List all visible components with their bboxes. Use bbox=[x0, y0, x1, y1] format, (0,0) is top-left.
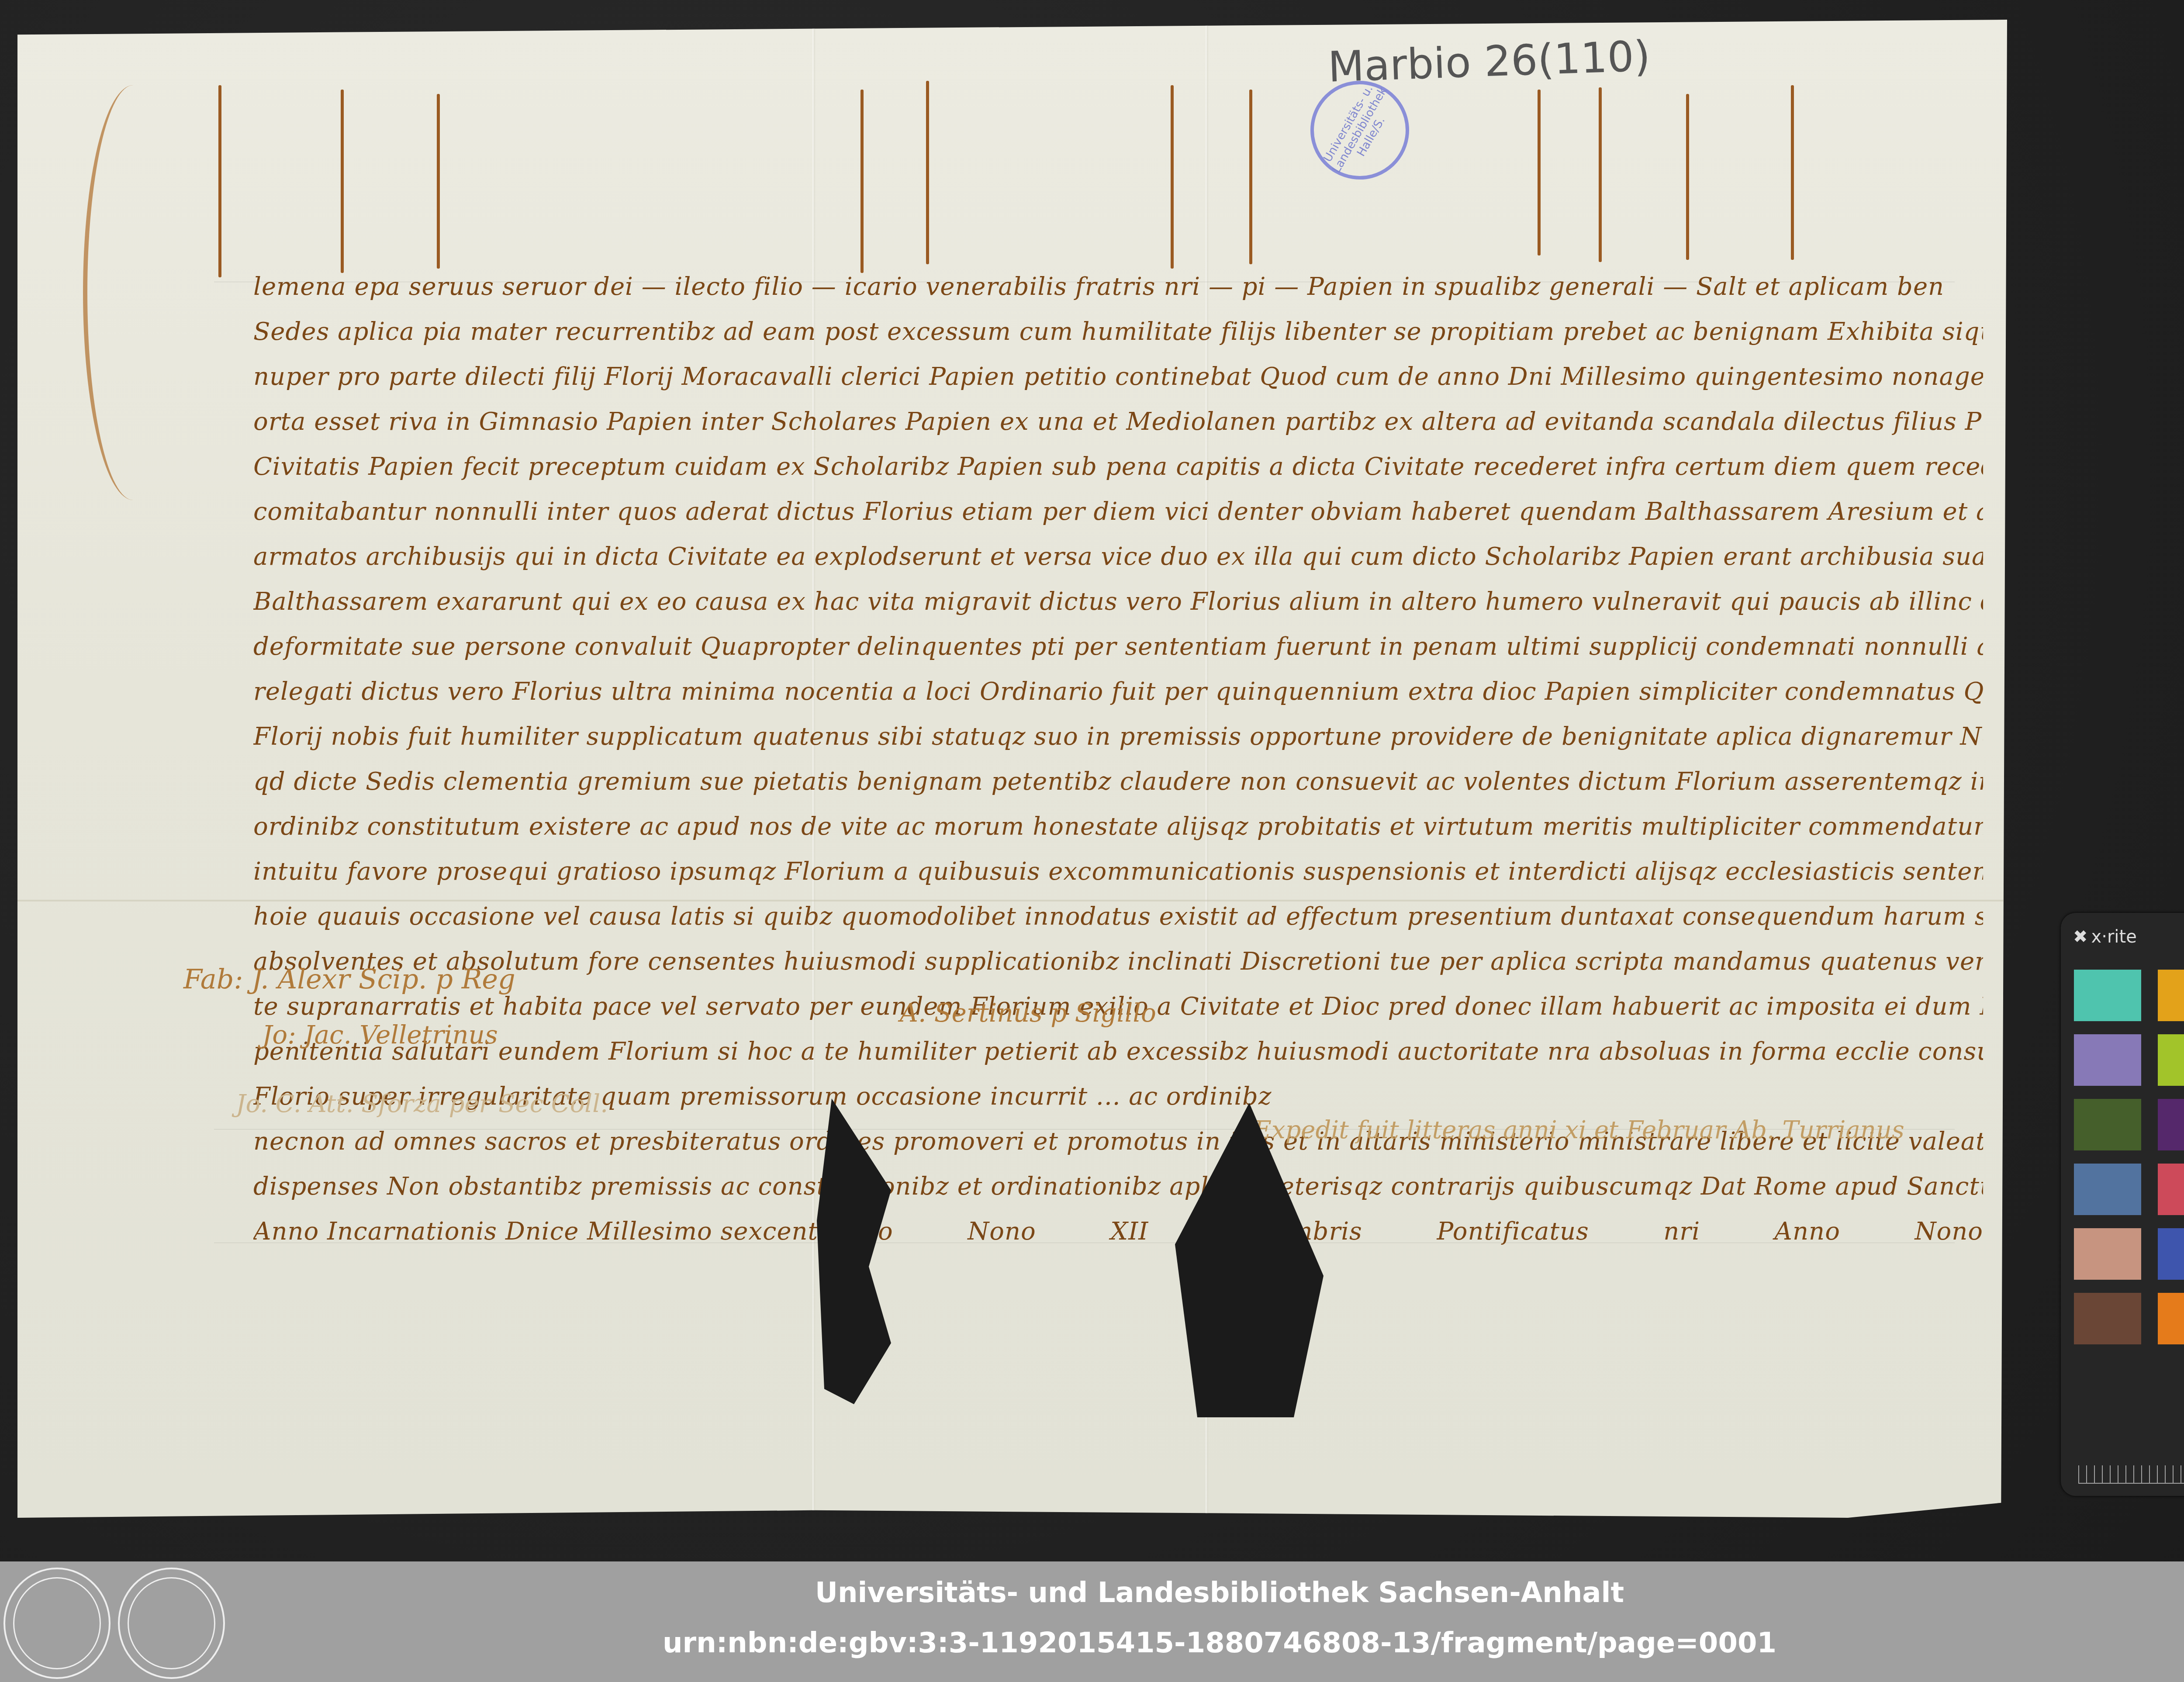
footer-bar: Universitäts- und Landesbibliothek Sachs… bbox=[0, 1561, 2184, 1682]
text-line: hoie quauis occasione vel causa latis si… bbox=[253, 894, 1983, 939]
text-line: ordinibz constitutum existere ac apud no… bbox=[253, 804, 1983, 849]
colorchecker-card: ✖ x·rite colorchecker CLASSIC mm bbox=[2061, 913, 2184, 1496]
text-line: dispenses Non obstantibz premissis ac co… bbox=[253, 1164, 1983, 1209]
date-part: Anno Incarnationis Dnice Millesimo sexce… bbox=[253, 1209, 893, 1254]
color-patch bbox=[2158, 970, 2184, 1021]
color-patch bbox=[2158, 1034, 2184, 1086]
text-line: nuper pro parte dilecti filij Florij Mor… bbox=[253, 354, 1983, 399]
color-patch bbox=[2158, 1099, 2184, 1150]
text-line: Sedes aplica pia mater recurrentibz ad e… bbox=[253, 309, 1983, 354]
text-line: relegati dictus vero Florius ultra minim… bbox=[253, 669, 1983, 714]
color-patch bbox=[2074, 970, 2141, 1021]
xrite-logo: ✖ x·rite bbox=[2073, 927, 2137, 947]
manuscript-parchment: Marbio 26(110) Universitäts- u. Landesbi… bbox=[17, 20, 2007, 1518]
text-line: armatos archibusijs qui in dicta Civitat… bbox=[253, 534, 1983, 579]
signature-right: Expedit fuit litteras anni xi et Februar… bbox=[1254, 1116, 1904, 1144]
institution-name: Universitäts- und Landesbibliothek Sachs… bbox=[0, 1577, 2184, 1609]
signature-center: A. Sertinus p Sigillo bbox=[900, 998, 1156, 1028]
color-patch bbox=[2074, 1164, 2141, 1215]
mm-ruler bbox=[2078, 1465, 2184, 1484]
text-line: Balthassarem exararunt qui ex eo causa e… bbox=[253, 579, 1983, 624]
dating-clause: Anno Incarnationis Dnice Millesimo sexce… bbox=[253, 1209, 1983, 1254]
color-patch bbox=[2074, 1293, 2141, 1344]
text-line: comitabantur nonnulli inter quos aderat … bbox=[253, 489, 1983, 534]
text-line: orta esset riva in Gimnasio Papien inter… bbox=[253, 399, 1983, 444]
text-line: lemena epa seruus seruor dei — ilecto fi… bbox=[253, 264, 1983, 309]
date-part: Nono bbox=[968, 1209, 1036, 1254]
text-line: Florij nobis fuit humiliter supplicatum … bbox=[253, 714, 1983, 759]
date-part: Anno bbox=[1775, 1209, 1840, 1254]
color-patch bbox=[2074, 1099, 2141, 1150]
text-line: deformitate sue persone convaluit Quapro… bbox=[253, 624, 1983, 669]
date-part: nri bbox=[1663, 1209, 1700, 1254]
color-patch bbox=[2158, 1164, 2184, 1215]
date-part: Pontificatus bbox=[1437, 1209, 1589, 1254]
color-patch bbox=[2158, 1228, 2184, 1280]
elongated-first-line-letters bbox=[105, 76, 1939, 277]
color-patch bbox=[2158, 1293, 2184, 1344]
signature-left-1: Fab: J. Alexr Scip. p Reg bbox=[183, 963, 515, 995]
date-part: XII bbox=[1110, 1209, 1148, 1254]
date-part: Nono bbox=[1914, 1209, 1983, 1254]
xrite-icon: ✖ bbox=[2073, 927, 2088, 947]
signature-left-2: Jo: Jac. Velletrinus bbox=[262, 1020, 498, 1050]
color-patch bbox=[2074, 1228, 2141, 1280]
text-line: intuitu favore prosequi gratioso ipsumqz… bbox=[253, 849, 1983, 894]
text-line: qd dicte Sedis clementia gremium sue pie… bbox=[253, 759, 1983, 804]
urn-identifier: urn:nbn:de:gbv:3:3-1192015415-1880746808… bbox=[0, 1627, 2184, 1659]
color-patch-grid bbox=[2074, 970, 2184, 1344]
text-line: penitentia salutari eundem Florium si ho… bbox=[253, 1029, 1983, 1074]
color-patch bbox=[2074, 1034, 2141, 1086]
signature-left-3: Jo. C. Att. Sforza per Sec Coll. bbox=[236, 1090, 608, 1118]
text-line: Civitatis Papien fecit preceptum cuidam … bbox=[253, 444, 1983, 489]
